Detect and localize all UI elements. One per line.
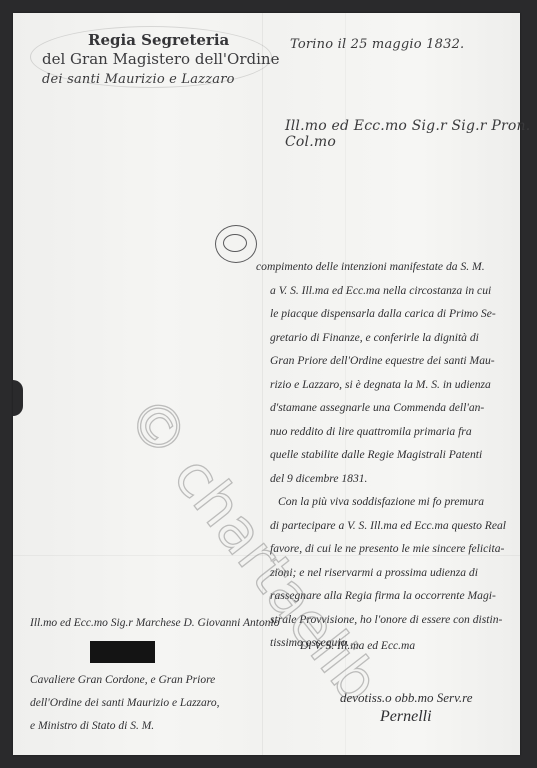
addressee-block: Ill.mo ed Ecc.mo Sig.r Marchese D. Giova…	[30, 612, 280, 738]
body-line: quelle stabilite dalle Regie Magistrali …	[256, 443, 516, 467]
addressee-line: e Ministro di Stato di S. M.	[30, 715, 280, 738]
addressee-line: Cavaliere Gran Cordone, e Gran Priore	[30, 669, 280, 692]
body-line: d'stamane assegnarle una Commenda dell'a…	[256, 396, 516, 420]
body-line: del 9 dicembre 1831.	[256, 467, 516, 491]
body-line: le piacque dispensarla dalla carica di P…	[256, 302, 516, 326]
body-line: gretario di Finanze, e conferirle la dig…	[256, 326, 516, 350]
body-line: di partecipare a V. S. Ill.ma ed Ecc.ma …	[256, 514, 516, 538]
body-line: nuo reddito di lire quattromila primaria…	[256, 420, 516, 444]
letterhead-title: Regia Segreteria	[88, 31, 229, 49]
redaction-bar	[90, 641, 155, 663]
body-line: a V. S. Ill.ma ed Ecc.ma nella circostan…	[256, 279, 516, 303]
paper-tear-notch	[13, 380, 23, 416]
body-line: Gran Priore dell'Ordine equestre dei san…	[256, 349, 516, 373]
addressee-line: Ill.mo ed Ecc.mo Sig.r Marchese D. Giova…	[30, 612, 280, 635]
letterhead-order: dei santi Maurizio e Lazzaro	[42, 72, 235, 87]
addressee-line: dell'Ordine dei santi Maurizio e Lazzaro…	[30, 692, 280, 715]
letterhead-subtitle: del Gran Magistero dell'Ordine	[42, 50, 279, 68]
salutation: Ill.mo ed Ecc.mo Sig.r Sig.r Pron. Col.m…	[285, 118, 537, 150]
body-line: compimento delle intenzioni manifestate …	[256, 255, 516, 279]
body-line: Con la più viva soddisfazione mi fo prem…	[256, 490, 516, 514]
initial-flourish-ornament	[215, 225, 257, 263]
signature-name: Pernelli	[380, 708, 473, 726]
body-line: rizio e Lazzaro, si è degnata la M. S. i…	[256, 373, 516, 397]
letter-date: Torino il 25 maggio 1832.	[290, 37, 464, 52]
